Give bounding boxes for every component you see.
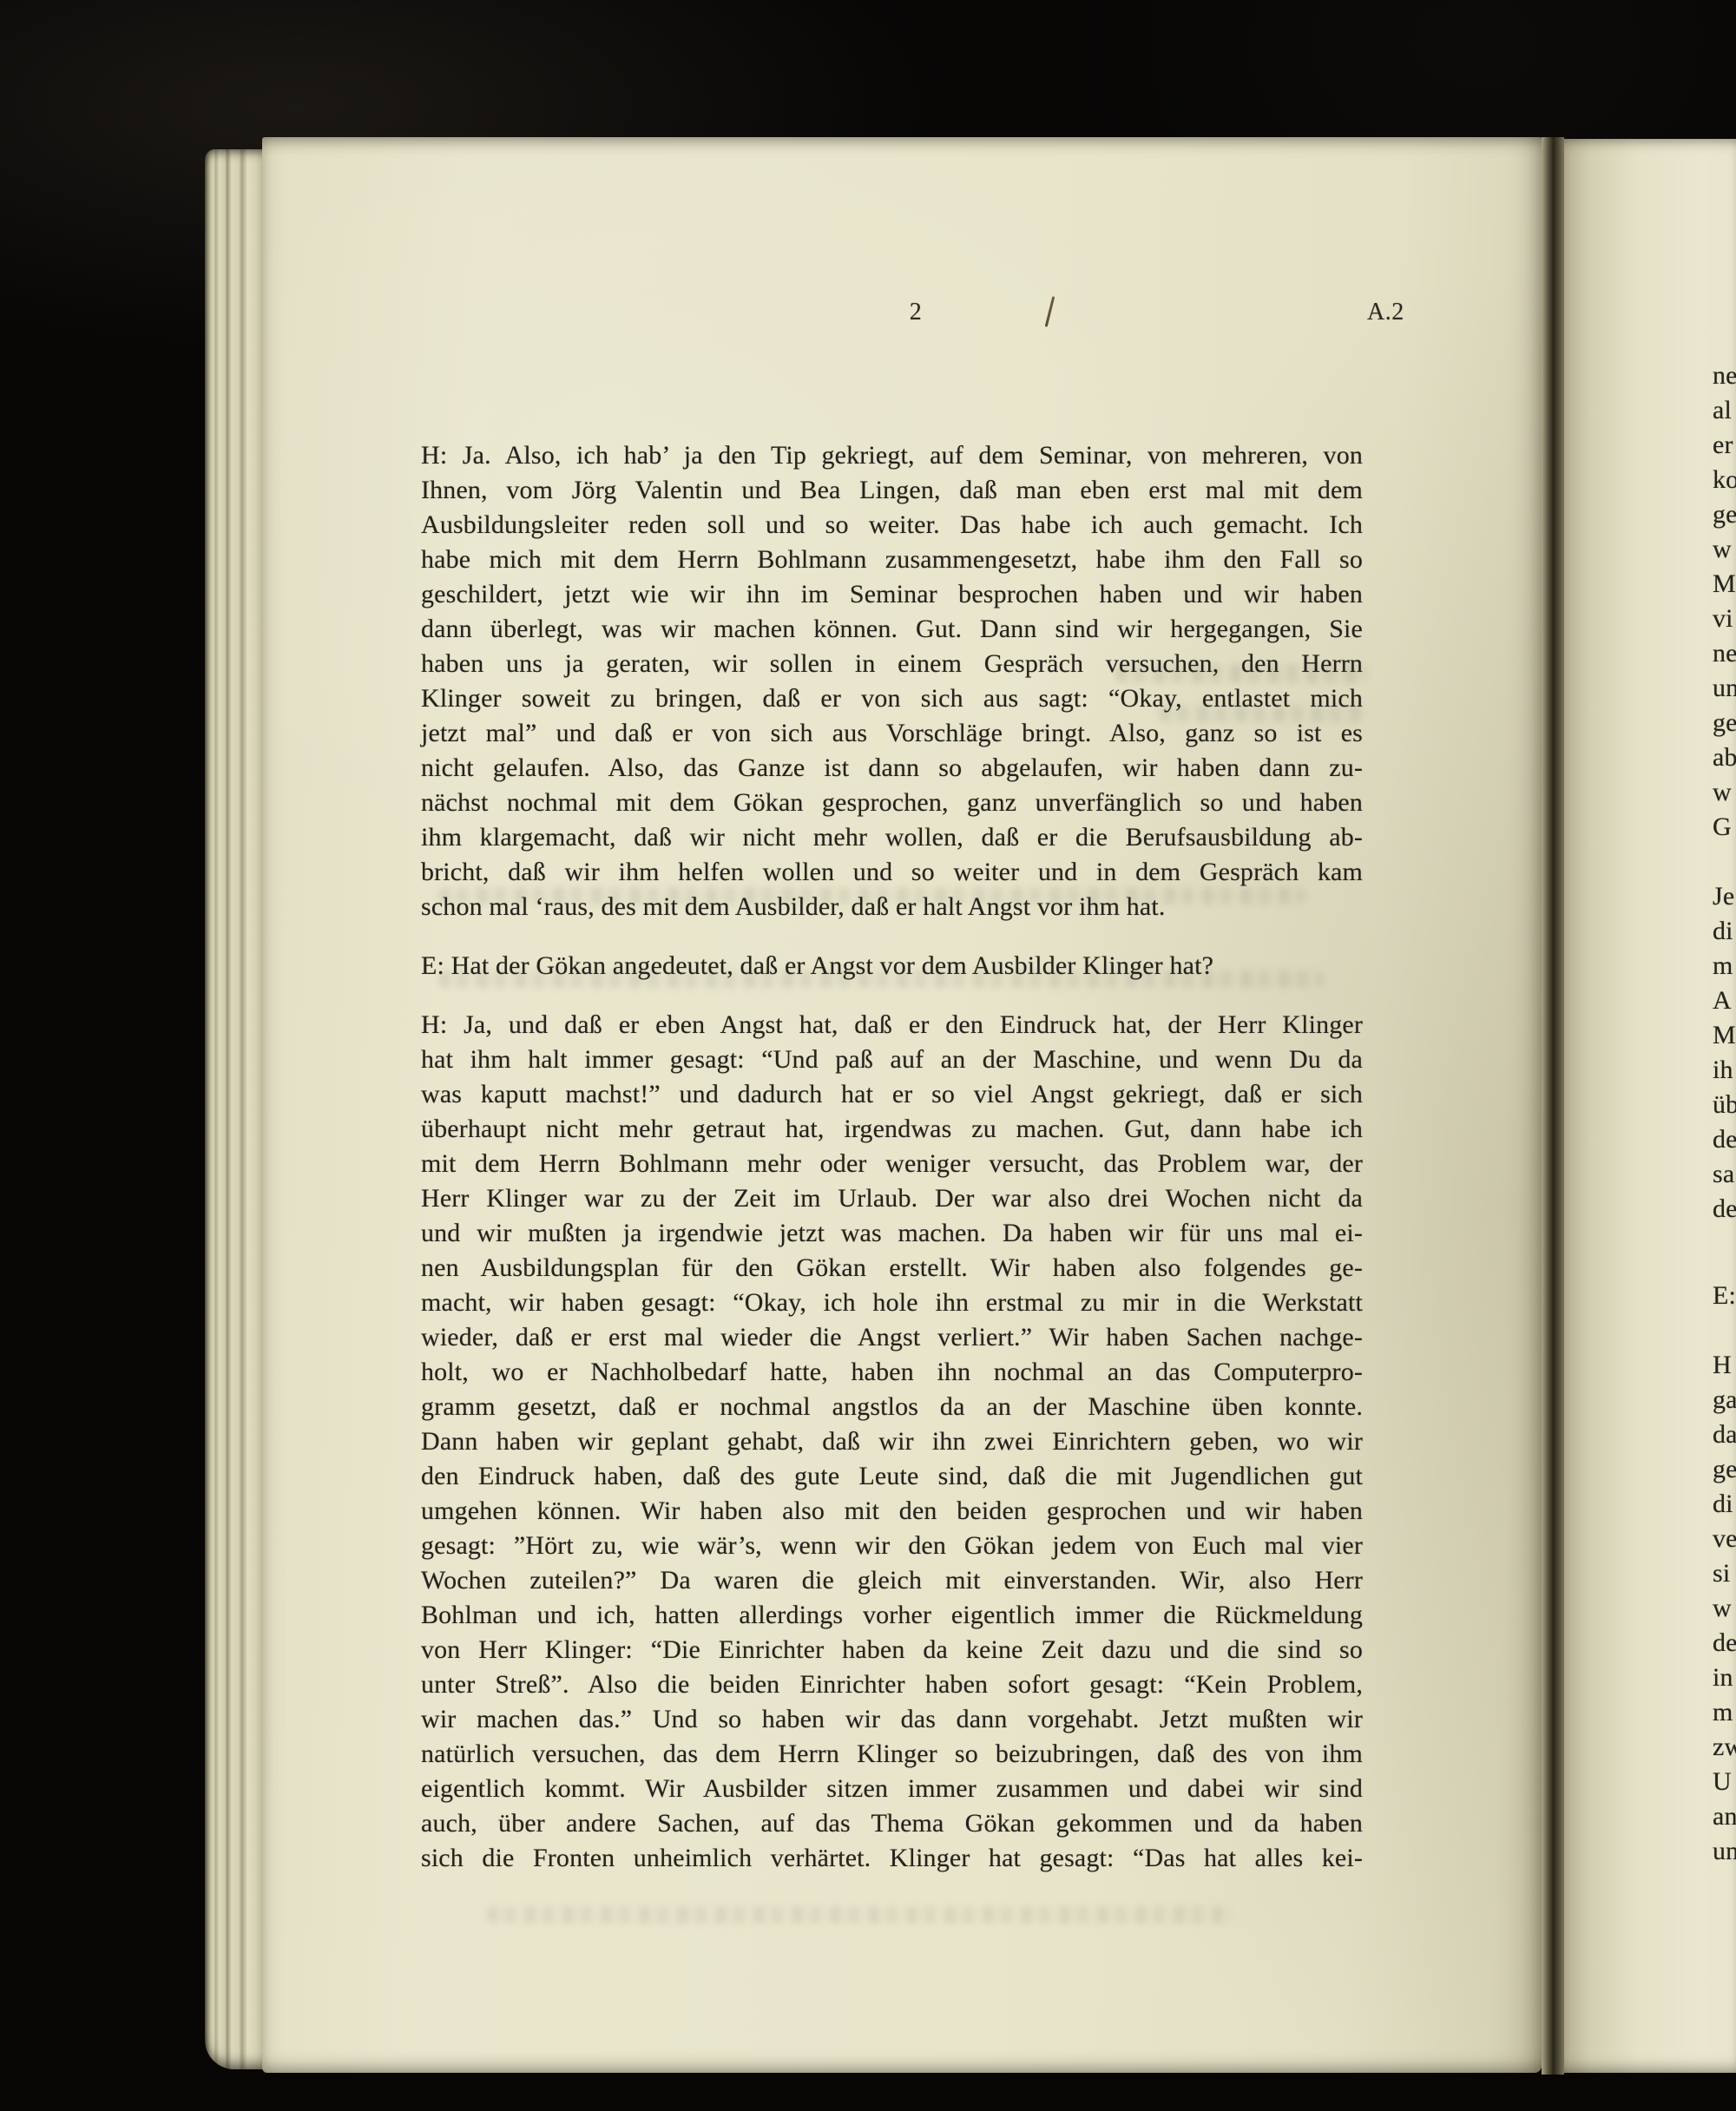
text-line: ko xyxy=(1713,463,1736,497)
text-line: Bohlman und ich, hatten allerdings vorhe… xyxy=(421,1598,1363,1633)
next-page-line-fragments: JedimAMihübdesade xyxy=(1713,879,1736,1226)
text-line: geschildert, jetzt wie wir ihn im Semina… xyxy=(421,577,1363,612)
text-line: de xyxy=(1713,1122,1736,1157)
page-stack-edges xyxy=(205,149,266,2069)
text-line: hat ihm halt immer gesagt: “Und paß auf … xyxy=(421,1042,1363,1077)
text-line: von Herr Klinger: “Die Einrichter haben … xyxy=(421,1633,1363,1667)
text-line: macht, wir haben gesagt: “Okay, ich hole… xyxy=(421,1286,1363,1320)
text-line: eigentlich kommt. Wir Ausbilder sitzen i… xyxy=(421,1772,1363,1806)
book-gutter xyxy=(1542,137,1564,2075)
text-line: an xyxy=(1713,1799,1736,1834)
text-line: in xyxy=(1713,1661,1736,1695)
text-line: un xyxy=(1713,671,1736,706)
text-line: w xyxy=(1713,775,1736,810)
text-line: mit dem Herrn Bohlmann mehr oder weniger… xyxy=(421,1147,1363,1181)
text-line: E: xyxy=(1713,1279,1736,1313)
text-line: G xyxy=(1713,810,1736,845)
text-line: umgehen können. Wir haben also mit den b… xyxy=(421,1494,1363,1529)
text-line: H: Ja, und daß er eben Angst hat, daß er… xyxy=(421,1008,1363,1042)
text-line: wir machen das.” Und so haben wir das da… xyxy=(421,1702,1363,1737)
text-line: ne xyxy=(1713,358,1736,393)
next-page-line-fragments: nealerkogewMvineungeabwG xyxy=(1713,358,1736,845)
text-line: und wir mußten ja irgendwie jetzt was ma… xyxy=(421,1216,1363,1251)
text-line: den Eindruck haben, daß des gute Leute s… xyxy=(421,1459,1363,1494)
text-line: un xyxy=(1713,1834,1736,1869)
text-line: zw xyxy=(1713,1730,1736,1765)
left-page: 2 A.2 H: Ja. Also, ich hab’ ja den Tip g… xyxy=(262,137,1542,2073)
text-line: gramm gesetzt, daß er nochmal angstlos d… xyxy=(421,1390,1363,1424)
text-line: A xyxy=(1713,983,1736,1018)
section-label: A.2 xyxy=(1367,299,1404,326)
text-line: ve xyxy=(1713,1522,1736,1556)
text-line: ga xyxy=(1713,1383,1736,1417)
text-line: Klinger soweit zu bringen, daß er von si… xyxy=(421,681,1363,716)
text-line: Ihnen, vom Jörg Valentin und Bea Lingen,… xyxy=(421,473,1363,508)
text-line: holt, wo er Nachholbedarf hatte, haben i… xyxy=(421,1355,1363,1390)
text-line: nen Ausbildungsplan für den Gökan erstel… xyxy=(421,1251,1363,1286)
text-line: de xyxy=(1713,1626,1736,1661)
text-line: w xyxy=(1713,532,1736,567)
text-line: ihm klargemacht, daß wir nicht mehr woll… xyxy=(421,820,1363,855)
text-line: jetzt mal” und daß er von sich aus Vorsc… xyxy=(421,716,1363,751)
text-line: bricht, daß wir ihm helfen wollen und so… xyxy=(421,855,1363,890)
text-line: ne xyxy=(1713,636,1736,671)
text-line: dann überlegt, was wir machen können. Gu… xyxy=(421,612,1363,647)
text-line: al xyxy=(1713,393,1736,428)
text-line: Wochen zuteilen?” Da waren die gleich mi… xyxy=(421,1563,1363,1598)
next-page-line-fragments: HgadagedivesiwdeinmzwUanun xyxy=(1713,1348,1736,1869)
paragraph-speaker-h: H: Ja. Also, ich hab’ ja den Tip gekrieg… xyxy=(421,438,1363,924)
right-page-sliver: nealerkogewMvineungeabwG JedimAMihübdesa… xyxy=(1564,139,1736,2073)
text-line: di xyxy=(1713,914,1736,949)
text-line: er xyxy=(1713,428,1736,463)
text-line: haben uns ja geraten, wir sollen in eine… xyxy=(421,647,1363,681)
text-line: schon mal ‘raus, des mit dem Ausbilder, … xyxy=(421,890,1363,924)
text-line: Dann haben wir geplant gehabt, daß wir i… xyxy=(421,1424,1363,1459)
text-line: wieder, daß er erst mal wieder die Angst… xyxy=(421,1320,1363,1355)
text-line: natürlich versuchen, das dem Herrn Kling… xyxy=(421,1737,1363,1772)
text-line: sa xyxy=(1713,1157,1736,1192)
text-line: m xyxy=(1713,1695,1736,1730)
ink-bleed-ghost xyxy=(486,1906,1233,1924)
next-page-line-fragments: E: xyxy=(1713,1279,1736,1313)
text-line: w xyxy=(1713,1591,1736,1626)
paragraph-speaker-e: E: Hat der Gökan angedeutet, daß er Angs… xyxy=(421,949,1363,983)
text-line: si xyxy=(1713,1556,1736,1591)
text-line: üb xyxy=(1713,1088,1736,1122)
book-scan: 2 A.2 H: Ja. Also, ich hab’ ja den Tip g… xyxy=(0,0,1736,2111)
text-line: überhaupt nicht mehr getraut hat, irgend… xyxy=(421,1112,1363,1147)
text-line: ge xyxy=(1713,1452,1736,1487)
pen-mark xyxy=(1045,296,1055,327)
text-line: vi xyxy=(1713,602,1736,636)
text-line: M xyxy=(1713,567,1736,602)
text-line: habe mich mit dem Herrn Bohlmann zusamme… xyxy=(421,543,1363,577)
text-line: Ausbildungsleiter reden soll und so weit… xyxy=(421,508,1363,543)
text-line: U xyxy=(1713,1765,1736,1799)
text-line: de xyxy=(1713,1192,1736,1226)
text-line: unter Streß”. Also die beiden Einrichter… xyxy=(421,1667,1363,1702)
text-line: sich die Fronten unheimlich verhärtet. K… xyxy=(421,1841,1363,1876)
text-line: di xyxy=(1713,1487,1736,1522)
text-line: H: Ja. Also, ich hab’ ja den Tip gekrieg… xyxy=(421,438,1363,473)
text-line: Herr Klinger war zu der Zeit im Urlaub. … xyxy=(421,1181,1363,1216)
text-line: da xyxy=(1713,1417,1736,1452)
text-line: nicht gelaufen. Also, das Ganze ist dann… xyxy=(421,751,1363,786)
text-line: Je xyxy=(1713,879,1736,914)
paragraph-speaker-h2: H: Ja, und daß er eben Angst hat, daß er… xyxy=(421,1008,1363,1876)
text-line: m xyxy=(1713,949,1736,983)
text-line: gesagt: ”Hört zu, wie wär’s, wenn wir de… xyxy=(421,1529,1363,1563)
text-line: ab xyxy=(1713,740,1736,775)
text-line: auch, über andere Sachen, auf das Thema … xyxy=(421,1806,1363,1841)
text-line: was kaputt machst!” und dadurch hat er s… xyxy=(421,1077,1363,1112)
text-line: H xyxy=(1713,1348,1736,1383)
text-line: ge xyxy=(1713,706,1736,740)
text-line: M xyxy=(1713,1018,1736,1053)
text-line: ge xyxy=(1713,497,1736,532)
page-number: 2 xyxy=(903,299,929,326)
text-line: ih xyxy=(1713,1053,1736,1088)
text-line: nächst nochmal mit dem Gökan gesprochen,… xyxy=(421,786,1363,820)
text-line: E: Hat der Gökan angedeutet, daß er Angs… xyxy=(421,949,1363,983)
